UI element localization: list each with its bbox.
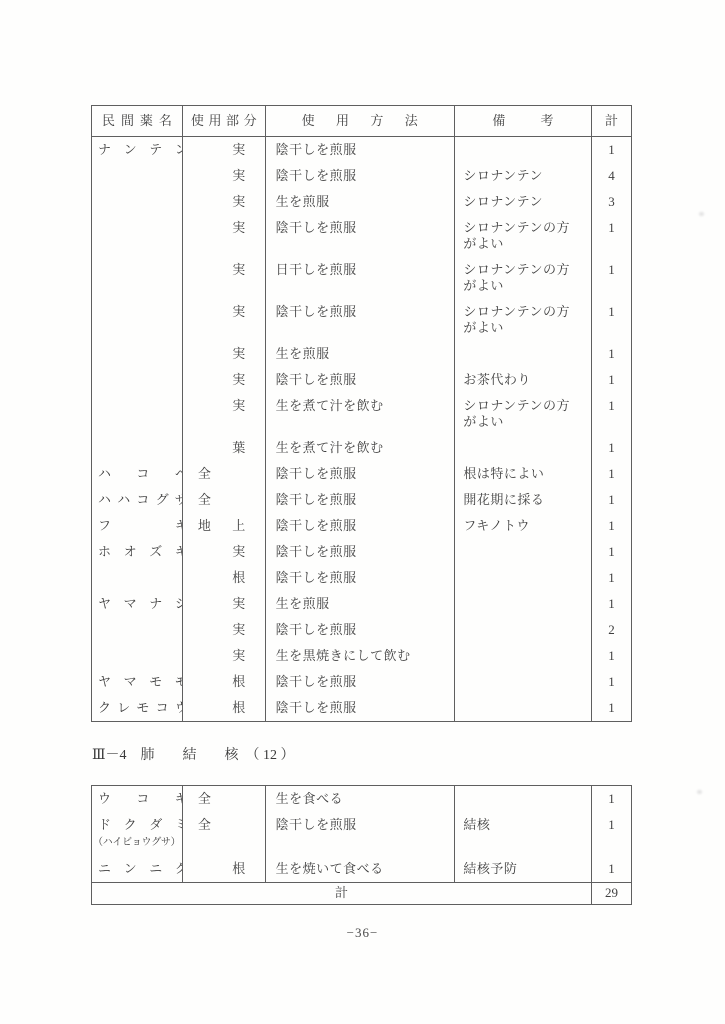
folk-name-cell: ドクダミ （ハイビョウグサ） — [92, 812, 183, 856]
count-cell: 4 — [592, 163, 631, 189]
part-cell: 実 — [183, 393, 266, 435]
part: 実 — [183, 622, 266, 638]
folk-name-cell — [92, 565, 183, 591]
method-cell: 陰干しを煎服 — [266, 539, 456, 565]
folk-name: ヤマナシ — [92, 596, 183, 612]
part: 実 — [183, 398, 266, 414]
remark-cell — [455, 341, 592, 367]
folk-name-cell: クレモコウ — [92, 695, 183, 721]
count-cell: 1 — [592, 856, 631, 882]
method-cell: 陰干しを煎服 — [266, 812, 456, 856]
tuberculosis-table: ウコギ 全草 生を食べる 1 ドクダミ （ハイビョウグサ） 全草 陰干しを煎服 … — [91, 785, 632, 905]
part: 全草 — [183, 791, 266, 807]
method-cell: 生を煎服 — [266, 341, 456, 367]
remark-cell: シロナンテンの方 がよい — [455, 299, 592, 341]
part: 実 — [183, 544, 266, 560]
folk-name-cell — [92, 189, 183, 215]
part-cell: 根 — [183, 856, 266, 882]
remark-cell: お茶代わり — [455, 367, 592, 393]
remark-cell — [455, 137, 592, 163]
part: 実 — [183, 648, 266, 664]
table-row: ドクダミ （ハイビョウグサ） 全草 陰干しを煎服 結核 1 — [92, 812, 631, 856]
col-header-method: 使用方法 — [266, 106, 456, 136]
part-cell: 実 — [183, 341, 266, 367]
part-cell: 実 — [183, 257, 266, 299]
folk-name-cell: ヤマナシ — [92, 591, 183, 617]
method-cell: 生を焼いて食べる — [266, 856, 456, 882]
part-cell: 全草 — [183, 812, 266, 856]
folk-name: ウコギ — [92, 791, 183, 807]
part-cell: 実 — [183, 367, 266, 393]
remark-cell — [455, 591, 592, 617]
remark-cell: 結核予防 — [455, 856, 592, 882]
part: 実 — [183, 304, 266, 320]
remark-cell — [455, 435, 592, 461]
count-cell: 1 — [592, 513, 631, 539]
folk-name-cell — [92, 341, 183, 367]
method-cell: 陰干しを煎服 — [266, 367, 456, 393]
part: 実 — [183, 168, 266, 184]
remark-cell — [455, 617, 592, 643]
count-cell: 2 — [592, 617, 631, 643]
count-cell: 1 — [592, 669, 631, 695]
table-row: フキ 地上部 陰干しを煎服 フキノトウ 1 — [92, 513, 631, 539]
folk-name-cell: ハコベ — [92, 461, 183, 487]
count-cell: 1 — [592, 299, 631, 341]
method-cell: 陰干しを煎服 — [266, 617, 456, 643]
table-row: 実 日干しを煎服 シロナンテンの方 がよい 1 — [92, 257, 631, 299]
remark-cell — [455, 786, 592, 812]
folk-name-cell: ヤマモモ — [92, 669, 183, 695]
part-cell: 全草 — [183, 461, 266, 487]
table-row: 葉 生を煮て汁を飲む 1 — [92, 435, 631, 461]
col-header-part: 使用部分 — [183, 106, 266, 136]
table-row: ハコベ 全草 陰干しを煎服 根は特によい 1 — [92, 461, 631, 487]
table-row: 実 陰干しを煎服 シロナンテンの方 がよい 1 — [92, 299, 631, 341]
folk-name-cell — [92, 299, 183, 341]
remark-cell — [455, 695, 592, 721]
folk-name: クレモコウ — [92, 700, 183, 716]
part-cell: 実 — [183, 539, 266, 565]
part: 根 — [183, 861, 266, 877]
folk-name-cell — [92, 617, 183, 643]
count-cell: 1 — [592, 591, 631, 617]
count-cell: 1 — [592, 461, 631, 487]
part-cell: 実 — [183, 215, 266, 257]
folk-name: フキ — [92, 518, 183, 534]
remark-cell: シロナンテン — [455, 189, 592, 215]
table-row: 実 生を煎服 シロナンテン 3 — [92, 189, 631, 215]
page-number: −36− — [0, 925, 725, 941]
col-header-folk-name: 民間薬名 — [92, 106, 183, 136]
folk-name-cell: フキ — [92, 513, 183, 539]
total-value: 29 — [592, 883, 631, 904]
folk-name-cell — [92, 643, 183, 669]
totals-row: 計 29 — [92, 882, 631, 904]
folk-name-cell — [92, 393, 183, 435]
part-cell: 実 — [183, 163, 266, 189]
part: 実 — [183, 596, 266, 612]
count-cell: 1 — [592, 367, 631, 393]
method-cell: 陰干しを煎服 — [266, 299, 456, 341]
scan-speck — [699, 212, 704, 216]
table-row: 実 生を煎服 1 — [92, 341, 631, 367]
folk-name-cell: ホオズキ — [92, 539, 183, 565]
part: 実 — [183, 194, 266, 210]
col-header-total: 計 — [592, 106, 631, 136]
table-header-row: 民間薬名 使用部分 使用方法 備考 計 — [92, 106, 631, 137]
method-cell: 生を黒焼きにして飲む — [266, 643, 456, 669]
method-cell: 陰干しを煎服 — [266, 669, 456, 695]
method-cell: 生を煎服 — [266, 189, 456, 215]
part-cell: 全草 — [183, 786, 266, 812]
part: 全草 — [183, 466, 266, 482]
table-row: 実 陰干しを煎服 2 — [92, 617, 631, 643]
col-header-folk-name-label: 民間薬名 — [92, 113, 182, 129]
method-cell: 日干しを煎服 — [266, 257, 456, 299]
count-cell: 1 — [592, 257, 631, 299]
table-row: クレモコウ 根 陰干しを煎服 1 — [92, 695, 631, 721]
part: 実 — [183, 142, 266, 158]
table-row: ホオズキ 実 陰干しを煎服 1 — [92, 539, 631, 565]
folk-name-cell — [92, 257, 183, 299]
count-cell: 1 — [592, 643, 631, 669]
folk-name-cell: ナンテン — [92, 137, 183, 163]
table-row: ヤマナシ 実 生を煎服 1 — [92, 591, 631, 617]
part: 全草 — [183, 817, 266, 833]
method-cell: 陰干しを煎服 — [266, 487, 456, 513]
scanned-page: 民間薬名 使用部分 使用方法 備考 計 ナンテン 実 陰干しを煎服 1 実 陰干… — [0, 0, 725, 1024]
table-row: ヤマモモ 根 陰干しを煎服 1 — [92, 669, 631, 695]
count-cell: 1 — [592, 565, 631, 591]
method-cell: 生を煎服 — [266, 591, 456, 617]
table-row: 実 陰干しを煎服 シロナンテンの方 がよい 1 — [92, 215, 631, 257]
table-row: 実 生を煮て汁を飲む シロナンテンの方 がよい 1 — [92, 393, 631, 435]
part-cell: 根 — [183, 669, 266, 695]
table-row: 実 生を黒焼きにして飲む 1 — [92, 643, 631, 669]
count-cell: 1 — [592, 137, 631, 163]
folk-name-cell — [92, 435, 183, 461]
count-cell: 1 — [592, 539, 631, 565]
folk-name-cell — [92, 215, 183, 257]
folk-name: ハハコグザ — [92, 492, 183, 508]
part: 全草 — [183, 492, 266, 508]
folk-name-cell — [92, 367, 183, 393]
folk-name: ニンニク — [92, 861, 183, 877]
method-cell: 陰干しを煎服 — [266, 695, 456, 721]
col-header-part-label: 使用部分 — [183, 113, 265, 129]
part-cell: 実 — [183, 617, 266, 643]
count-cell: 1 — [592, 812, 631, 856]
method-cell: 陰干しを煎服 — [266, 137, 456, 163]
part: 根 — [183, 674, 266, 690]
section-heading: Ⅲ－4 肺 結 核 （ 12 ） — [92, 744, 295, 764]
folk-name: ホオズキ — [92, 544, 183, 560]
part-cell: 葉 — [183, 435, 266, 461]
part-cell: 地上部 — [183, 513, 266, 539]
method-cell: 陰干しを煎服 — [266, 163, 456, 189]
part-cell: 実 — [183, 643, 266, 669]
table-row: ウコギ 全草 生を食べる 1 — [92, 786, 631, 812]
folk-name-cell — [92, 163, 183, 189]
count-cell: 1 — [592, 341, 631, 367]
folk-name: ハコベ — [92, 466, 183, 482]
folk-name: ドクダミ — [92, 817, 183, 833]
table-row: ニンニク 根 生を焼いて食べる 結核予防 1 — [92, 856, 631, 882]
method-cell: 陰干しを煎服 — [266, 513, 456, 539]
col-header-total-label: 計 — [592, 113, 631, 129]
folk-name-alias: （ハイビョウグサ） — [92, 833, 182, 851]
remark-cell: シロナンテンの方 がよい — [455, 393, 592, 435]
count-cell: 1 — [592, 786, 631, 812]
total-label: 計 — [92, 883, 592, 904]
remark-cell: 結核 — [455, 812, 592, 856]
part: 根 — [183, 700, 266, 716]
table-row: 実 陰干しを煎服 お茶代わり 1 — [92, 367, 631, 393]
part-cell: 実 — [183, 189, 266, 215]
folk-name: ナンテン — [92, 142, 183, 158]
col-header-remark: 備考 — [455, 106, 592, 136]
remark-cell: シロナンテンの方 がよい — [455, 215, 592, 257]
part-cell: 根 — [183, 695, 266, 721]
folk-name-cell: ウコギ — [92, 786, 183, 812]
part: 地上部 — [183, 518, 266, 534]
method-cell: 陰干しを煎服 — [266, 565, 456, 591]
folk-remedies-table: 民間薬名 使用部分 使用方法 備考 計 ナンテン 実 陰干しを煎服 1 実 陰干… — [91, 105, 632, 722]
part: 葉 — [183, 440, 266, 456]
part-cell: 全草 — [183, 487, 266, 513]
remark-cell — [455, 565, 592, 591]
remark-cell: フキノトウ — [455, 513, 592, 539]
method-cell: 生を煮て汁を飲む — [266, 435, 456, 461]
table-row: 根 陰干しを煎服 1 — [92, 565, 631, 591]
count-cell: 3 — [592, 189, 631, 215]
remark-cell — [455, 643, 592, 669]
method-cell: 陰干しを煎服 — [266, 215, 456, 257]
remark-cell: 開花期に採る — [455, 487, 592, 513]
part: 実 — [183, 372, 266, 388]
method-cell: 生を食べる — [266, 786, 456, 812]
remark-cell — [455, 669, 592, 695]
count-cell: 1 — [592, 435, 631, 461]
remark-cell: 根は特によい — [455, 461, 592, 487]
count-cell: 1 — [592, 487, 631, 513]
folk-name: ヤマモモ — [92, 674, 183, 690]
scan-speck — [697, 790, 702, 794]
method-cell: 生を煮て汁を飲む — [266, 393, 456, 435]
remark-cell: シロナンテンの方 がよい — [455, 257, 592, 299]
part-cell: 実 — [183, 299, 266, 341]
part: 実 — [183, 262, 266, 278]
method-cell: 陰干しを煎服 — [266, 461, 456, 487]
part-cell: 実 — [183, 137, 266, 163]
remark-cell: シロナンテン — [455, 163, 592, 189]
table-row: 実 陰干しを煎服 シロナンテン 4 — [92, 163, 631, 189]
part: 実 — [183, 220, 266, 236]
table-row: ナンテン 実 陰干しを煎服 1 — [92, 137, 631, 163]
count-cell: 1 — [592, 393, 631, 435]
folk-name-cell: ニンニク — [92, 856, 183, 882]
count-cell: 1 — [592, 215, 631, 257]
remark-cell — [455, 539, 592, 565]
folk-name-cell: ハハコグザ — [92, 487, 183, 513]
part: 実 — [183, 346, 266, 362]
part-cell: 実 — [183, 591, 266, 617]
col-header-remark-label: 備考 — [455, 113, 591, 129]
count-cell: 1 — [592, 695, 631, 721]
part: 根 — [183, 570, 266, 586]
part-cell: 根 — [183, 565, 266, 591]
col-header-method-label: 使用方法 — [266, 113, 455, 129]
table-row: ハハコグザ 全草 陰干しを煎服 開花期に採る 1 — [92, 487, 631, 513]
